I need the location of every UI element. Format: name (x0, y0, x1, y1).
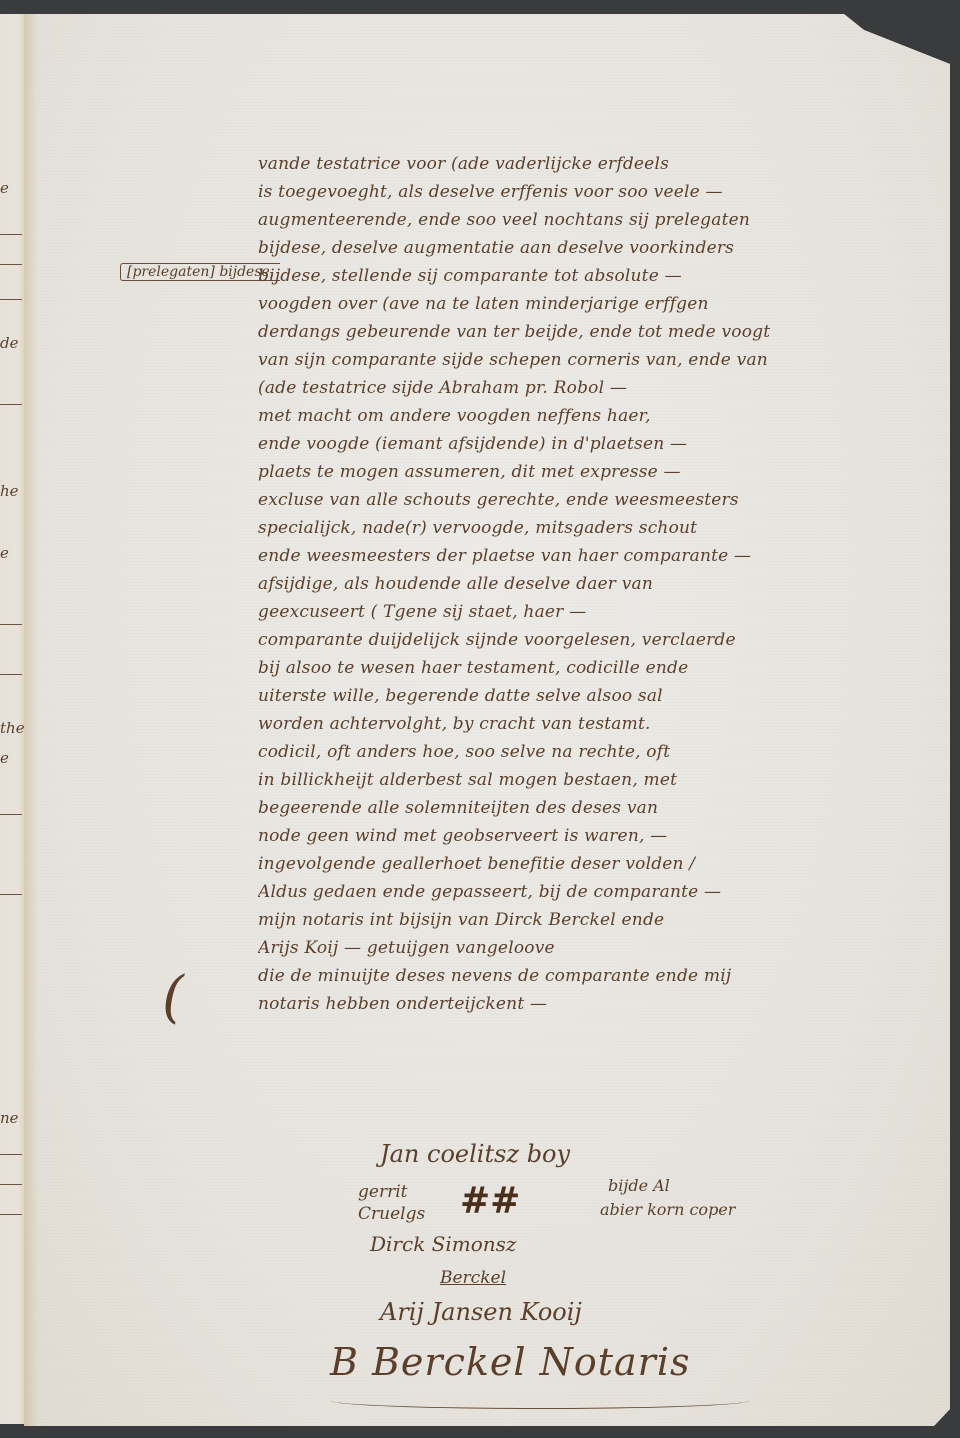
text-line: voogden over (ave na te laten minderjari… (258, 290, 948, 318)
text-line: ingevolgende geallerhoet benefitie deser… (258, 850, 948, 878)
prev-page-fragment: he (0, 482, 19, 500)
act-body-text: vande testatrice voor (ade vaderlijcke e… (258, 150, 948, 1018)
prev-page-rule (0, 674, 22, 675)
text-line: geexcuseert ( Tgene sij staet, haer — (258, 598, 948, 626)
text-line: vande testatrice voor (ade vaderlijcke e… (258, 150, 948, 178)
prev-page-fragment: e (0, 749, 9, 767)
text-line: worden achtervolght, by cracht van testa… (258, 710, 948, 738)
prev-page-rule (0, 234, 22, 235)
prev-page-fragment: ne (0, 1109, 19, 1127)
mark-annotation-line2: abier korn coper (600, 1200, 735, 1219)
mark-annotation-line1: bijde Al (608, 1176, 670, 1195)
prev-page-rule (0, 814, 22, 815)
text-line: ende voogde (iemant afsijdende) in d'pla… (258, 430, 948, 458)
text-line: van sijn comparante sijde schepen corner… (258, 346, 948, 374)
signature-jan: Jan coelitsz boy (380, 1140, 570, 1168)
text-line: afsijdige, als houdende alle deselve dae… (258, 570, 948, 598)
text-line: node geen wind met geobserveert is waren… (258, 822, 948, 850)
prev-page-rule (0, 624, 22, 625)
text-line: in billickheijt alderbest sal mogen best… (258, 766, 948, 794)
text-line: begeerende alle solemniteijten des deses… (258, 794, 948, 822)
text-line: excluse van alle schouts gerechte, ende … (258, 486, 948, 514)
prev-page-fragment: e (0, 179, 9, 197)
prev-page-rule (0, 404, 22, 405)
prev-page-rule (0, 1214, 22, 1215)
prev-page-rule (0, 264, 22, 265)
prev-page-rule (0, 1184, 22, 1185)
prev-page-fragment: de (0, 334, 18, 352)
signature-berckel: Berckel (440, 1268, 506, 1288)
text-line: bijdese, deselve augmentatie aan deselve… (258, 234, 948, 262)
prev-page-rule (0, 1154, 22, 1155)
prev-page-fragment: e (0, 544, 9, 562)
signature-gerrit-line2: Cruelgs (358, 1204, 425, 1224)
signature-notaris: B Berckel Notaris (330, 1340, 690, 1384)
text-line: uiterste wille, begerende datte selve al… (258, 682, 948, 710)
text-line: bij alsoo te wesen haer testament, codic… (258, 654, 948, 682)
text-line: mijn notaris int bijsijn van Dirck Berck… (258, 906, 948, 934)
signature-arij: Arij Jansen Kooij (380, 1298, 582, 1326)
signature-gerrit-line1: gerrit (358, 1182, 407, 1202)
prev-page-rule (0, 894, 22, 895)
signature-mark-icon: ## (460, 1180, 520, 1222)
text-line: plaets te mogen assumeren, dit met expre… (258, 458, 948, 486)
prev-page-fragment: the (0, 719, 25, 737)
text-line: die de minuijte deses nevens de comparan… (258, 962, 948, 990)
text-line: is toegevoeght, als deselve erffenis voo… (258, 178, 948, 206)
text-line: ende weesmeesters der plaetse van haer c… (258, 542, 948, 570)
margin-note: [prelegaten] bijdese, (120, 263, 280, 281)
text-line: specialijck, nade(r) vervoogde, mitsgade… (258, 514, 948, 542)
signature-dirck: Dirck Simonsz (370, 1232, 516, 1256)
prev-page-rule (0, 299, 22, 300)
text-line: derdangs gebeurende van ter beijde, ende… (258, 318, 948, 346)
binding-gutter (24, 14, 38, 1426)
text-line: codicil, oft anders hoe, soo selve na re… (258, 738, 948, 766)
text-line: augmenteerende, ende soo veel nochtans s… (258, 206, 948, 234)
bracket-flourish: ( (162, 965, 184, 1030)
text-line: bijdese, stellende sij comparante tot ab… (258, 262, 948, 290)
notary-flourish (330, 1392, 750, 1409)
text-line: met macht om andere voogden neffens haer… (258, 402, 948, 430)
text-line: Aldus gedaen ende gepasseert, bij de com… (258, 878, 948, 906)
text-line: Arijs Koij — getuijgen vangeloove (258, 934, 948, 962)
text-line: notaris hebben onderteijckent — (258, 990, 948, 1018)
text-line: comparante duijdelijck sijnde voorgelese… (258, 626, 948, 654)
text-line: (ade testatrice sijde Abraham pr. Robol … (258, 374, 948, 402)
